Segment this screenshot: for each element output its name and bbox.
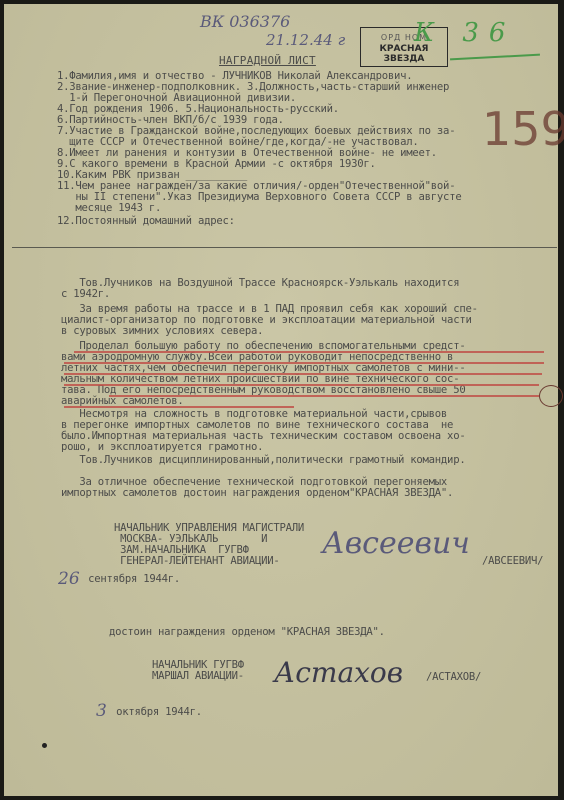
signer1-name: /АВСЕЕВИЧ/ — [482, 556, 543, 567]
field-line: 12.Постоянный домашний адрес: — [57, 216, 235, 227]
date2-text: октября 1944г. — [110, 707, 202, 718]
red-circle-50 — [539, 385, 563, 407]
document-title: НАГРАДНОЙ ЛИСТ — [219, 54, 316, 67]
archive-number: ВК 036376 — [200, 12, 290, 31]
signer2-line: МАРШАЛ АВИАЦИИ- — [152, 671, 244, 682]
narrative-line: импортных самолетов достоин награждения … — [61, 488, 453, 499]
narrative-line: рошо, и эксплоатируется грамотно. — [61, 442, 263, 453]
narrative-line: Тов.Лучников дисциплинированный,политиче… — [61, 455, 465, 466]
section-divider — [12, 247, 557, 248]
signature-avseevich: Авсеевич — [322, 526, 470, 561]
narrative-line: в суровых зимних условиях севера. — [61, 326, 263, 337]
signer1-line: ГЕНЕРАЛ-ЛЕЙТЕНАНТ АВИАЦИИ- — [114, 556, 279, 567]
field-line: месяце 1943 г. — [57, 203, 161, 214]
green-underline — [450, 54, 540, 61]
date1-text: сентября 1944г. — [82, 574, 180, 585]
narrative-line: с 1942г. — [61, 289, 110, 300]
signature-astakhov: Астахов — [274, 656, 403, 689]
narrative-line: Тов.Лучников на Воздушной Трассе Красноя… — [61, 278, 459, 289]
date1-day: 26 — [58, 569, 80, 589]
conclusion-line: достоин награждения орденом "КРАСНАЯ ЗВЕ… — [109, 627, 385, 638]
award-sheet-page: ВК 036376 21.12.44 г ОРД НОМ КРАСНАЯ ЗВЕ… — [4, 4, 558, 796]
green-annotation: К 36 — [414, 18, 515, 48]
date2-day: 3 — [96, 701, 107, 721]
signer2-name: /АСТАХОВ/ — [426, 672, 481, 683]
red-annotation: 159 — [482, 102, 564, 156]
handwritten-date: 21.12.44 г — [266, 31, 345, 49]
punch-hole-mark — [42, 743, 47, 748]
